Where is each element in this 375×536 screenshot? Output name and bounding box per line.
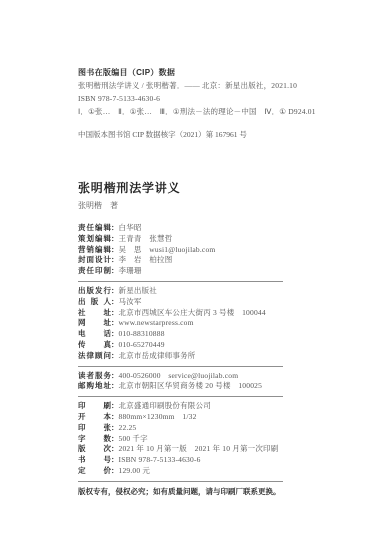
field-separator: ：: [111, 329, 119, 338]
field-value: 李 岩 柏拉图: [119, 255, 173, 264]
publisher-row: 电话：010-88310888: [78, 329, 283, 340]
cip-classification-line: Ⅰ．①张… Ⅱ．①张… Ⅲ．①刑法－法的理论－中国 Ⅳ．① D924.01: [78, 105, 283, 118]
field-value: 北京盛通印刷股份有限公司: [119, 401, 211, 410]
divider-line: [78, 281, 283, 282]
field-value: 白华昭: [119, 223, 142, 232]
field-separator: ：: [111, 381, 119, 390]
field-label: 出版人: [78, 297, 111, 308]
colophon-content: 图书在版编目（CIP）数据 张明楷刑法学讲义 / 张明楷著．—— 北京：新星出版…: [78, 66, 283, 497]
field-label: 责任编辑: [78, 223, 111, 234]
colophon-page: 图书在版编目（CIP）数据 张明楷刑法学讲义 / 张明楷著．—— 北京：新星出版…: [0, 0, 375, 536]
field-label: 电话: [78, 329, 111, 340]
field-value: 王青青 张慧哲: [119, 234, 173, 243]
field-label: 网址: [78, 318, 111, 329]
field-value: 2021 年 10 月第一版 2021 年 10 月第一次印刷: [119, 444, 279, 453]
field-separator: ：: [111, 234, 119, 243]
field-separator: ：: [111, 340, 119, 349]
field-label: 印刷: [78, 401, 111, 412]
printing-row: 字数：500 千字: [78, 434, 283, 445]
field-label: 字数: [78, 434, 111, 445]
field-separator: ：: [111, 245, 119, 254]
printing-row: 书号：ISBN 978-7-5133-4630-6: [78, 455, 283, 466]
field-value: 400-0526000 service@luojilab.com: [119, 371, 239, 380]
publisher-row: 出版人：马汝军: [78, 297, 283, 308]
field-label: 邮购地址: [78, 381, 111, 392]
publisher-row: 网址：www.newstarpress.com: [78, 318, 283, 329]
field-separator: ：: [111, 444, 119, 453]
printing-row: 印刷：北京盛通印刷股份有限公司: [78, 401, 283, 412]
cip-isbn-line: ISBN 978-7-5133-4630-6: [78, 92, 283, 105]
field-separator: ：: [111, 286, 119, 295]
publisher-row: 出版发行：新星出版社: [78, 286, 283, 297]
field-value: 吴 思 wusi1@luojilab.com: [119, 245, 216, 254]
service-block: 读者服务：400-0526000 service@luojilab.com 邮购…: [78, 371, 283, 393]
book-author: 张明楷 著: [78, 200, 283, 212]
field-value: 李珊珊: [119, 266, 142, 275]
field-label: 读者服务: [78, 371, 111, 382]
field-label: 印张: [78, 423, 111, 434]
field-label: 定价: [78, 466, 111, 477]
field-value: 北京市岳成律师事务所: [119, 351, 196, 360]
field-label: 开本: [78, 412, 111, 423]
cip-heading: 图书在版编目（CIP）数据: [78, 66, 283, 79]
field-value: 北京市朝阳区华贸商务楼 20 号楼 100025: [119, 381, 263, 390]
printing-row: 定价：129.00 元: [78, 466, 283, 477]
field-separator: ：: [111, 466, 119, 475]
field-separator: ：: [111, 318, 119, 327]
field-separator: ：: [111, 351, 119, 360]
field-separator: ：: [111, 434, 119, 443]
service-row: 邮购地址：北京市朝阳区华贸商务楼 20 号楼 100025: [78, 381, 283, 392]
field-label: 社址: [78, 308, 111, 319]
book-title: 张明楷刑法学讲义: [78, 181, 283, 195]
field-label: 传真: [78, 340, 111, 351]
field-label: 营销编辑: [78, 245, 111, 256]
divider-line: [78, 396, 283, 397]
field-value: 北京市西城区车公庄大街丙 3 号楼 100044: [119, 308, 266, 317]
field-separator: ：: [111, 455, 119, 464]
staff-row: 责任印制：李珊珊: [78, 266, 283, 277]
field-separator: ：: [111, 223, 119, 232]
field-value: 马汝军: [119, 297, 142, 306]
divider-line: [78, 366, 283, 367]
field-separator: ：: [111, 297, 119, 306]
printing-row: 版次：2021 年 10 月第一版 2021 年 10 月第一次印刷: [78, 444, 283, 455]
field-label: 版次: [78, 444, 111, 455]
field-value: 880mm×1230mm 1/32: [119, 412, 197, 421]
field-separator: ：: [111, 266, 119, 275]
field-label: 法律顾问: [78, 351, 111, 362]
staff-block: 责任编辑：白华昭 策划编辑：王青青 张慧哲 营销编辑：吴 思 wusi1@luo…: [78, 223, 283, 277]
field-separator: ：: [111, 423, 119, 432]
staff-row: 策划编辑：王青青 张慧哲: [78, 234, 283, 245]
field-separator: ：: [111, 308, 119, 317]
publisher-row: 传真：010-65270449: [78, 340, 283, 351]
field-value: ISBN 978-7-5133-4630-6: [119, 455, 201, 464]
field-value: 22.25: [119, 423, 137, 432]
field-separator: ：: [111, 412, 119, 421]
copyright-notice: 版权专有，侵权必究；如有质量问题，请与印刷厂联系更换。: [78, 486, 283, 497]
field-label: 封面设计: [78, 255, 111, 266]
printing-row: 印张：22.25: [78, 423, 283, 434]
field-value: 新星出版社: [119, 286, 158, 295]
field-label: 策划编辑: [78, 234, 111, 245]
field-value: www.newstarpress.com: [119, 318, 194, 327]
divider-line: [78, 481, 283, 482]
staff-row: 封面设计：李 岩 柏拉图: [78, 255, 283, 266]
publisher-row: 社址：北京市西城区车公庄大街丙 3 号楼 100044: [78, 308, 283, 319]
cip-registry-line: 中国版本图书馆 CIP 数据核字（2021）第 167961 号: [78, 128, 283, 141]
printing-block: 印刷：北京盛通印刷股份有限公司 开本：880mm×1230mm 1/32 印张：…: [78, 401, 283, 477]
field-value: 500 千字: [119, 434, 148, 443]
field-value: 010-65270449: [119, 340, 165, 349]
field-separator: ：: [111, 371, 119, 380]
field-label: 责任印制: [78, 266, 111, 277]
field-label: 出版发行: [78, 286, 111, 297]
cip-catalog-line: 张明楷刑法学讲义 / 张明楷著．—— 北京：新星出版社，2021.10: [78, 79, 283, 92]
field-value: 010-88310888: [119, 329, 165, 338]
publisher-row: 法律顾问：北京市岳成律师事务所: [78, 351, 283, 362]
field-label: 书号: [78, 455, 111, 466]
staff-row: 责任编辑：白华昭: [78, 223, 283, 234]
field-separator: ：: [111, 255, 119, 264]
service-row: 读者服务：400-0526000 service@luojilab.com: [78, 371, 283, 382]
field-separator: ：: [111, 401, 119, 410]
staff-row: 营销编辑：吴 思 wusi1@luojilab.com: [78, 245, 283, 256]
printing-row: 开本：880mm×1230mm 1/32: [78, 412, 283, 423]
field-value: 129.00 元: [119, 466, 151, 475]
publisher-block: 出版发行：新星出版社 出版人：马汝军 社址：北京市西城区车公庄大街丙 3 号楼 …: [78, 286, 283, 362]
